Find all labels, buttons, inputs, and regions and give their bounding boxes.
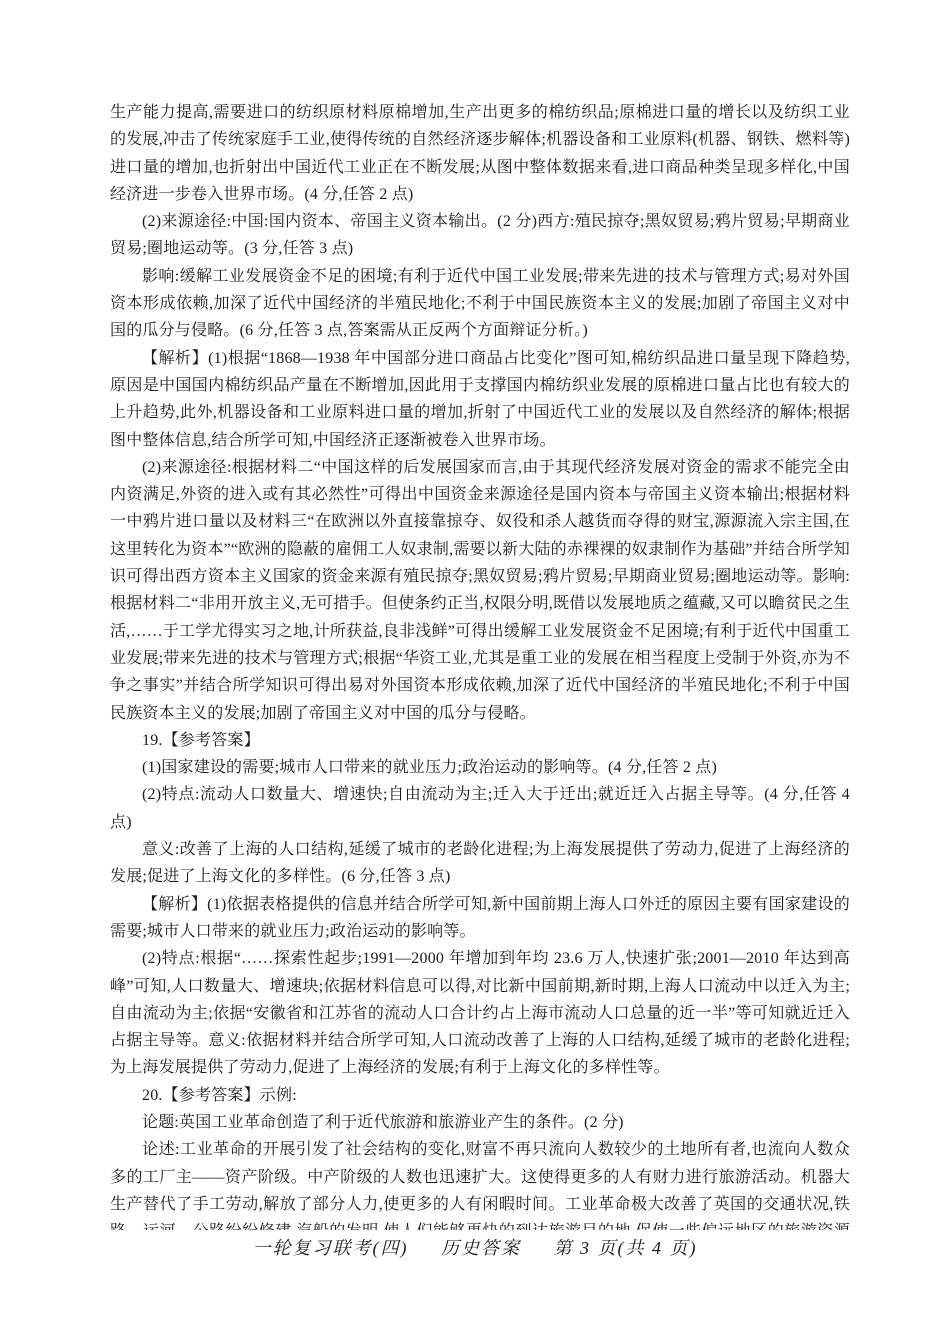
footer-exam-title: 一轮复习联考(四) [253, 1234, 409, 1260]
paragraph: 意义:改善了上海的人口结构,延缓了城市的老龄化进程;为上海发展提供了劳动力,促进… [110, 836, 850, 891]
paragraph: (2)来源途径:根据材料二“中国这样的后发展国家而言,由于其现代经济发展对资金的… [110, 454, 850, 727]
answer-body: 生产能力提高,需要进口的纺织原材料原棉增加,生产出更多的棉纺织品;原棉进口量的增… [110, 99, 850, 1273]
paragraph: (2)特点:流动人口数量大、增速快;自由流动为主;迁入大于迁出;就近迁入占据主导… [110, 781, 850, 836]
footer-subject: 历史答案 [441, 1234, 521, 1260]
paragraph: 生产能力提高,需要进口的纺织原材料原棉增加,生产出更多的棉纺织品;原棉进口量的增… [110, 99, 850, 208]
paragraph: 【解析】(1)依据表格提供的信息并结合所学可知,新中国前期上海人口外迁的原因主要… [110, 891, 850, 946]
paragraph: (2)来源途径:中国:国内资本、帝国主义资本输出。(2 分)西方:殖民掠夺;黑奴… [110, 208, 850, 263]
paragraph: 论题:英国工业革命创造了利于近代旅游和旅游业产生的条件。(2 分) [110, 1109, 850, 1136]
footer-page-info: 第 3 页(共 4 页) [554, 1234, 698, 1260]
paragraph: 20.【参考答案】示例: [110, 1082, 850, 1109]
paragraph: (1)国家建设的需要;城市人口带来的就业压力;政治运动的影响等。(4 分,任答 … [110, 754, 850, 781]
page-footer: 一轮复习联考(四) 历史答案 第 3 页(共 4 页) [0, 1230, 950, 1266]
paragraph: 19.【参考答案】 [110, 727, 850, 754]
paragraph: 【解析】(1)根据“1868—1938 年中国部分进口商品占比变化”图可知,棉纺… [110, 345, 850, 454]
paragraph: 影响:缓解工业发展资金不足的困境;有利于近代中国工业发展;带来先进的技术与管理方… [110, 263, 850, 345]
paragraph: (2)特点:根据“……探索性起步;1991—2000 年增加到年均 23.6 万… [110, 945, 850, 1081]
answer-sheet-page: 生产能力提高,需要进口的纺织原材料原棉增加,生产出更多的棉纺织品;原棉进口量的增… [0, 0, 950, 1324]
